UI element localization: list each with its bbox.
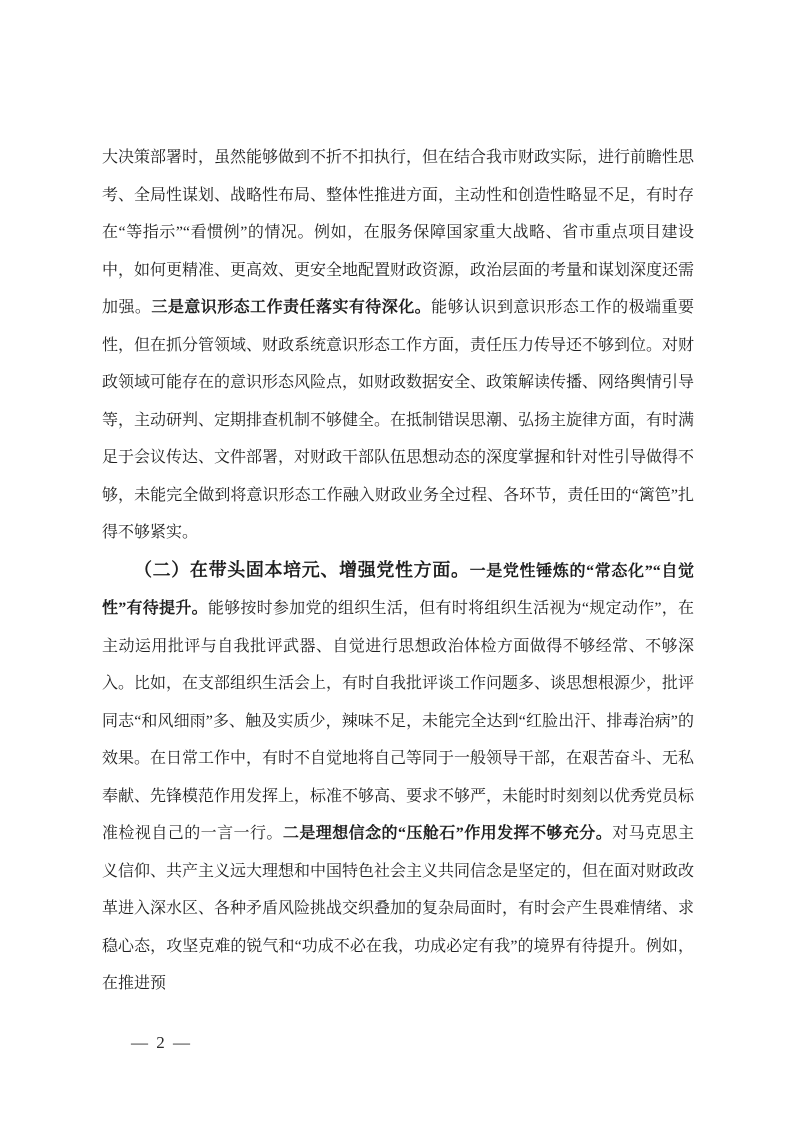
text-run: 大决策部署时，虽然能够做到不折不扣执行，但在结合我市财政实际，进行前瞻性思考、全…	[102, 149, 694, 316]
page-number: — 2 —	[131, 1030, 192, 1056]
paragraph: （二）在带头固本培元、增强党性方面。一是党性锤炼的“常态化”“自觉性”有待提升。…	[102, 552, 694, 1003]
section-heading: （二）在带头固本培元、增强党性方面。	[134, 560, 470, 580]
paragraph: 大决策部署时，虽然能够做到不折不扣执行，但在结合我市财政实际，进行前瞻性思考、全…	[102, 139, 694, 552]
text-run: 对马克思主义信仰、共产主义远大理想和中国特色社会主义共同信念是坚定的，但在面对财…	[102, 825, 694, 992]
document-page: { "document": { "paragraphs": [ { "inden…	[0, 0, 793, 1122]
text-run: 能够按时参加党的组织生活，但有时将组织生活视为“规定动作”，在主动运用批评与自我…	[102, 600, 694, 842]
page: 大决策部署时，虽然能够做到不折不扣执行，但在结合我市财政实际，进行前瞻性思考、全…	[0, 0, 793, 1122]
bold-text-run: 三是意识形态工作责任落实有待深化。	[151, 299, 431, 316]
text-run: 能够认识到意识形态工作的极端重要性，但在抓分管领域、财政系统意识形态工作方面，责…	[102, 299, 694, 541]
document-body: 大决策部署时，虽然能够做到不折不扣执行，但在结合我市财政实际，进行前瞻性思考、全…	[102, 139, 694, 1003]
bold-text-run: 二是理想信念的“压舱石”作用发挥不够充分。	[283, 825, 612, 842]
